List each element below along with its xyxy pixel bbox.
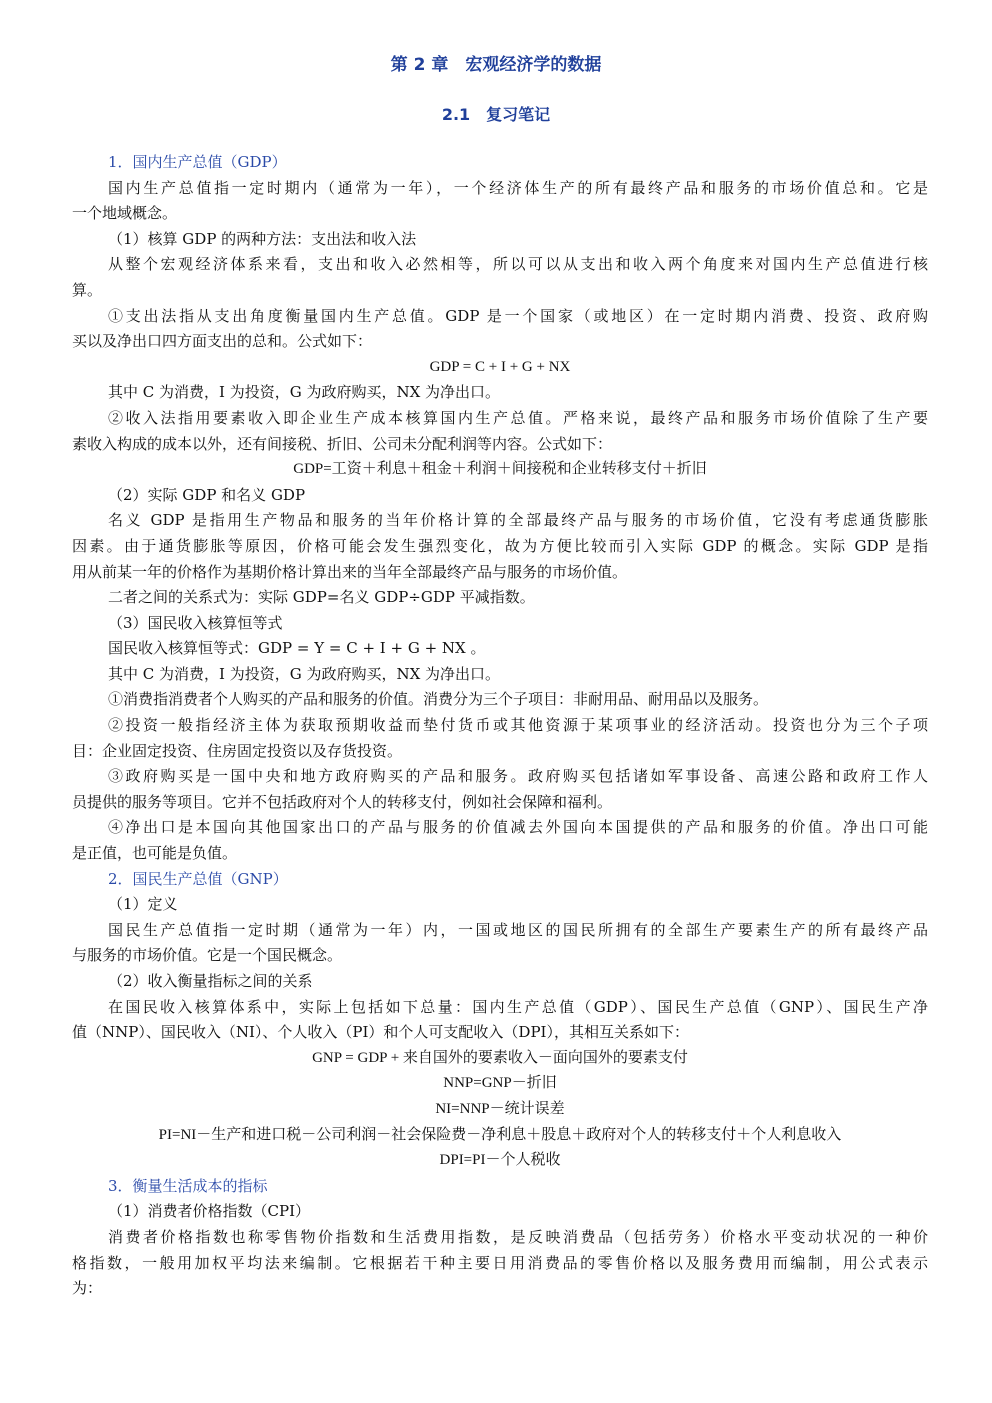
paragraph-line: （3）国民收入核算恒等式: [72, 611, 928, 637]
paragraph-line: 因素。由于通货膨胀等原因，价格可能会发生强烈变化，故为方便比较而引入实际 GDP…: [72, 534, 928, 560]
paragraph-line: 是正值，也可能是负值。: [72, 841, 928, 867]
paragraph-line: 二者之间的关系式为：实际 GDP=名义 GDP÷GDP 平减指数。: [72, 585, 928, 611]
paragraph-line: 员提供的服务等项目。它并不包括政府对个人的转移支付，例如社会保障和福利。: [72, 790, 928, 816]
paragraph-line: 从整个宏观经济体系来看，支出和收入必然相等，所以可以从支出和收入两个角度来对国内…: [72, 252, 928, 278]
paragraph-line: （2）实际 GDP 和名义 GDP: [72, 483, 928, 509]
paragraph-line: 其中 C 为消费，I 为投资，G 为政府购买，NX 为净出口。: [72, 380, 928, 406]
paragraph-line: 买以及净出口四方面支出的总和。公式如下：: [72, 329, 928, 355]
paragraph-line: 用从前某一年的价格作为基期价格计算出来的当年全部最终产品与服务的市场价值。: [72, 560, 928, 586]
formula: PI=NI－生产和进口税－公司利润－社会保险费－净利息＋股息＋政府对个人的转移支…: [72, 1123, 928, 1149]
document-body: 1．国内生产总值（GDP）国内生产总值指一定时期内（通常为一年），一个经济体生产…: [72, 150, 928, 1302]
paragraph-line: （2）收入衡量指标之间的关系: [72, 969, 928, 995]
paragraph-line: ④净出口是本国向其他国家出口的产品与服务的价值减去外国向本国提供的产品和服务的价…: [72, 815, 928, 841]
formula: GDP = C + I + G + NX: [72, 355, 928, 381]
paragraph-line: 名义 GDP 是指用生产物品和服务的当年价格计算的全部最终产品与服务的市场价值，…: [72, 508, 928, 534]
paragraph-line: 其中 C 为消费，I 为投资，G 为政府购买，NX 为净出口。: [72, 662, 928, 688]
paragraph-line: ③政府购买是一国中央和地方政府购买的产品和服务。政府购买包括诸如军事设备、高速公…: [72, 764, 928, 790]
paragraph-line: 国民生产总值指一定时期（通常为一年）内，一国或地区的国民所拥有的全部生产要素生产…: [72, 918, 928, 944]
formula: NNP=GNP－折旧: [72, 1071, 928, 1097]
paragraph-line: 国民收入核算恒等式：GDP = Y = C + I + G + NX 。: [72, 636, 928, 662]
paragraph-line: （1）消费者价格指数（CPI）: [72, 1199, 928, 1225]
paragraph-line: ②收入法指用要素收入即企业生产成本核算国内生产总值。严格来说，最终产品和服务市场…: [72, 406, 928, 432]
paragraph-line: 目：企业固定投资、住房固定投资以及存货投资。: [72, 739, 928, 765]
paragraph-line: ①消费指消费者个人购买的产品和服务的价值。消费分为三个子项目：非耐用品、耐用品以…: [72, 687, 928, 713]
paragraph-line: 与服务的市场价值。它是一个国民概念。: [72, 943, 928, 969]
paragraph-line: 在国民收入核算体系中，实际上包括如下总量：国内生产总值（GDP）、国民生产总值（…: [72, 995, 928, 1021]
paragraph-line: 为：: [72, 1276, 928, 1302]
formula: GDP=工资＋利息＋租金＋利润＋间接税和企业转移支付＋折旧: [72, 457, 928, 483]
section-heading: 2．国民生产总值（GNP）: [72, 867, 928, 893]
formula: GNP = GDP + 来自国外的要素收入－面向国外的要素支付: [72, 1046, 928, 1072]
section-heading: 1．国内生产总值（GDP）: [72, 150, 928, 176]
paragraph-line: 值（NNP）、国民收入（NI）、个人收入（PI）和个人可支配收入（DPI），其相…: [72, 1020, 928, 1046]
paragraph-line: 格指数，一般用加权平均法来编制。它根据若干种主要日用消费品的零售价格以及服务费用…: [72, 1251, 928, 1277]
paragraph-line: （1）定义: [72, 892, 928, 918]
paragraph-line: 一个地域概念。: [72, 201, 928, 227]
paragraph-line: 国内生产总值指一定时期内（通常为一年），一个经济体生产的所有最终产品和服务的市场…: [72, 176, 928, 202]
chapter-title: 第 2 章 宏观经济学的数据: [0, 50, 992, 75]
section-heading: 3．衡量生活成本的指标: [72, 1174, 928, 1200]
paragraph-line: ①支出法指从支出角度衡量国内生产总值。GDP 是一个国家（或地区）在一定时期内消…: [72, 304, 928, 330]
formula: DPI=PI－个人税收: [72, 1148, 928, 1174]
paragraph-line: （1）核算 GDP 的两种方法：支出法和收入法: [72, 227, 928, 253]
paragraph-line: 素收入构成的成本以外，还有间接税、折旧、公司未分配利润等内容。公式如下：: [72, 432, 928, 458]
paragraph-line: ②投资一般指经济主体为获取预期收益而垫付货币或其他资源于某项事业的经济活动。投资…: [72, 713, 928, 739]
paragraph-line: 消费者价格指数也称零售物价指数和生活费用指数，是反映消费品（包括劳务）价格水平变…: [72, 1225, 928, 1251]
formula: NI=NNP－统计误差: [72, 1097, 928, 1123]
section-title: 2.1 复习笔记: [0, 102, 992, 125]
paragraph-line: 算。: [72, 278, 928, 304]
document-page: 第 2 章 宏观经济学的数据 2.1 复习笔记 1．国内生产总值（GDP）国内生…: [0, 0, 992, 1403]
